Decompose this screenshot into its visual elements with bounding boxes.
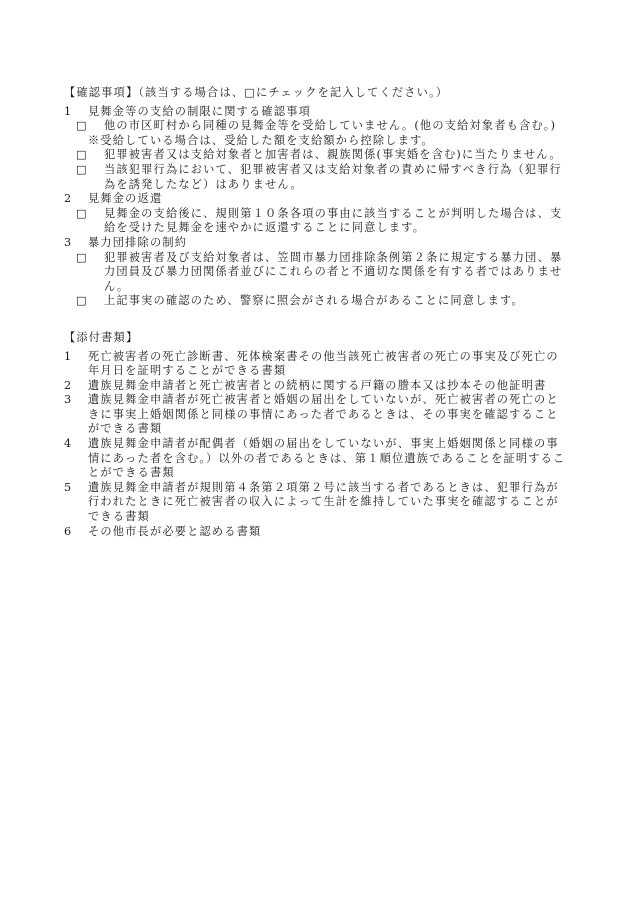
attachment-item-2: 2 遺族見舞金申請者と死亡被害者との続柄に関する戸籍の謄本又は抄本その他証明書 xyxy=(64,379,569,394)
section-title: 暴力団排除の制約 xyxy=(88,236,569,251)
note-text: ※受給している場合は、受給した額を支給額から控除します。 xyxy=(88,134,569,149)
attachment-item-5: 5 遺族見舞金申請者が規則第４条第２項第２号に該当する者であるときは、犯罪行為が… xyxy=(64,481,569,525)
confirm-item-text: 当該犯罪行為において、犯罪被害者又は支給対象者の責めに帰すべき行為（犯罪行為を誘… xyxy=(104,163,569,192)
confirm-item-text: 犯罪被害者及び支給対象者は、笠間市暴力団排除条例第２条に規定する暴力団、暴力団員… xyxy=(104,251,569,295)
attachment-number: 4 xyxy=(64,437,88,481)
section-1-title: 1 見舞金等の支給の制限に関する確認事項 xyxy=(64,105,569,120)
confirm-item-text: 上記事実の確認のため、警察に照会がされる場合があることに同意します。 xyxy=(104,294,569,309)
checkbox[interactable]: □ xyxy=(76,251,104,295)
section-title: 見舞金の返還 xyxy=(88,192,569,207)
attachment-text: 死亡被害者の死亡診断書、死体検案書その他当該死亡被害者の死亡の事実及び死亡の年月… xyxy=(88,350,569,379)
confirm-item-3-2[interactable]: □ 上記事実の確認のため、警察に照会がされる場合があることに同意します。 xyxy=(64,294,569,309)
attachment-text: 遺族見舞金申請者と死亡被害者との続柄に関する戸籍の謄本又は抄本その他証明書 xyxy=(88,379,569,394)
attachment-number: 2 xyxy=(64,379,88,394)
checkbox[interactable]: □ xyxy=(76,163,104,192)
section-number: 2 xyxy=(64,192,88,207)
section-3-title: 3 暴力団排除の制約 xyxy=(64,236,569,251)
section-2-title: 2 見舞金の返還 xyxy=(64,192,569,207)
attachment-item-3: 3 遺族見舞金申請者が死亡被害者と婚姻の届出をしていないが、死亡被害者の死亡のと… xyxy=(64,393,569,437)
attachment-text: 遺族見舞金申請者が規則第４条第２項第２号に該当する者であるときは、犯罪行為が行わ… xyxy=(88,481,569,525)
confirmation-heading: 【確認事項】（該当する場合は、□にチェックを記入してください。） xyxy=(64,86,569,101)
confirm-item-text: 見舞金の支給後に、規則第１０条各項の事由に該当することが判明した場合は、支給を受… xyxy=(104,207,569,236)
attachments-heading: 【添付書類】 xyxy=(64,331,569,346)
section-title: 見舞金等の支給の制限に関する確認事項 xyxy=(88,105,569,120)
attachment-item-6: 6 その他市長が必要と認める書類 xyxy=(64,525,569,540)
attachment-number: 5 xyxy=(64,481,88,525)
attachment-item-1: 1 死亡被害者の死亡診断書、死体検案書その他当該死亡被害者の死亡の事実及び死亡の… xyxy=(64,350,569,379)
section-number: 3 xyxy=(64,236,88,251)
confirm-item-2-1[interactable]: □ 見舞金の支給後に、規則第１０条各項の事由に該当することが判明した場合は、支給… xyxy=(64,207,569,236)
attachment-number: 3 xyxy=(64,393,88,437)
confirm-item-1-1[interactable]: □ 他の市区町村から同種の見舞金等を受給していません。(他の支給対象者も含む。) xyxy=(64,119,569,134)
attachment-item-4: 4 遺族見舞金申請者が配偶者（婚姻の届出をしていないが、事実上婚姻関係と同様の事… xyxy=(64,437,569,481)
confirm-item-text: 犯罪被害者又は支給対象者と加害者は、親族関係(事実婚を含む)に当たりません。 xyxy=(104,148,569,163)
confirm-item-text: 他の市区町村から同種の見舞金等を受給していません。(他の支給対象者も含む。) xyxy=(104,119,569,134)
checkbox[interactable]: □ xyxy=(76,119,104,134)
confirm-item-1-3[interactable]: □ 当該犯罪行為において、犯罪被害者又は支給対象者の責めに帰すべき行為（犯罪行為… xyxy=(64,163,569,192)
attachment-text: 遺族見舞金申請者が死亡被害者と婚姻の届出をしていないが、死亡被害者の死亡のときに… xyxy=(88,393,569,437)
checkbox[interactable]: □ xyxy=(76,207,104,236)
confirm-item-3-1[interactable]: □ 犯罪被害者及び支給対象者は、笠間市暴力団排除条例第２条に規定する暴力団、暴力… xyxy=(64,251,569,295)
checkbox[interactable]: □ xyxy=(76,294,104,309)
document-page: 【確認事項】（該当する場合は、□にチェックを記入してください。） 1 見舞金等の… xyxy=(64,86,569,539)
attachment-number: 6 xyxy=(64,525,88,540)
attachment-text: 遺族見舞金申請者が配偶者（婚姻の届出をしていないが、事実上婚姻関係と同様の事情に… xyxy=(88,437,569,481)
checkbox[interactable]: □ xyxy=(76,148,104,163)
section-spacer xyxy=(64,309,569,331)
attachment-text: その他市長が必要と認める書類 xyxy=(88,525,569,540)
confirm-item-1-2[interactable]: □ 犯罪被害者又は支給対象者と加害者は、親族関係(事実婚を含む)に当たりません。 xyxy=(64,148,569,163)
section-number: 1 xyxy=(64,105,88,120)
confirm-item-note: ※受給している場合は、受給した額を支給額から控除します。 xyxy=(64,134,569,149)
attachment-number: 1 xyxy=(64,350,88,379)
